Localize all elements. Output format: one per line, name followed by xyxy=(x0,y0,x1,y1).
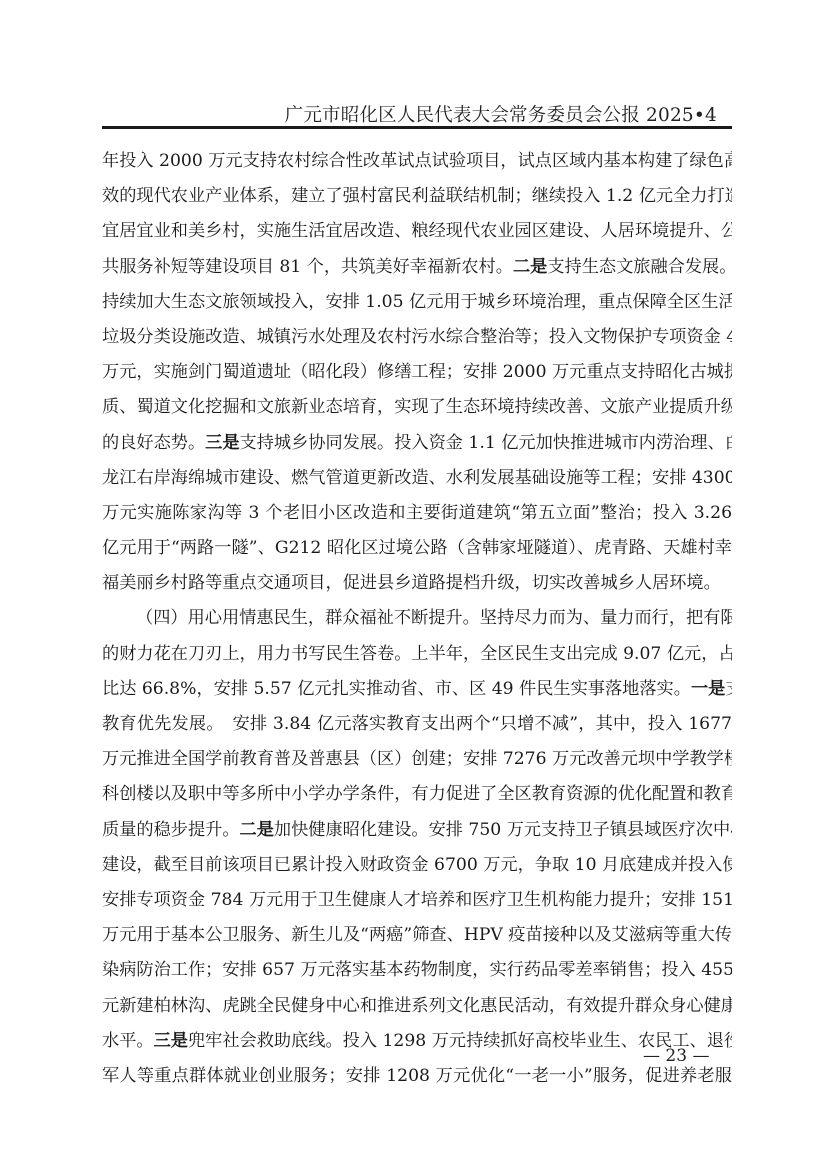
text-segment: 共服务补短等建设项目 81 个，共筑美好幸福新农村。 xyxy=(102,257,513,277)
text-line: 亿元用于“两路一隧”、G212 昭化区过境公路（含韩家垭隧道）、虎青路、天雄村幸 xyxy=(102,531,732,566)
text-segment: 万元，实施剑门蜀道遗址（昭化段）修缮工程；安排 2000 万元重点支持昭化古城提 xyxy=(102,362,732,382)
text-line: 宜居宜业和美乡村，实施生活宜居改造、粮经现代农业园区建设、人居环境提升、公 xyxy=(102,214,732,249)
text-segment: 福美丽乡村路等重点交通项目，促进县乡道路提档升级，切实改善城乡人居环境。 xyxy=(102,573,721,593)
text-line: 安排专项资金 784 万元用于卫生健康人才培养和医疗卫生机构能力提升；安排 15… xyxy=(102,883,732,918)
text-segment: 质、蜀道文化挖掘和文旅新业态培育，实现了生态环境持续改善、文旅产业提质升级 xyxy=(102,397,732,417)
text-segment: 万元实施陈家沟等 3 个老旧小区改造和主要街道建筑“第五立面”整治；投入 3.2… xyxy=(102,503,732,523)
text-line: 万元，实施剑门蜀道遗址（昭化段）修缮工程；安排 2000 万元重点支持昭化古城提 xyxy=(102,355,732,390)
text-segment: 元新建柏林沟、虎跳全民健身中心和推进系列文化惠民活动，有效提升群众身心健康 xyxy=(102,996,732,1016)
text-segment: 比达 66.8%，安排 5.57 亿元扎实推动省、市、区 49 件民生实事落地落… xyxy=(102,679,691,699)
text-line: 科创楼以及职中等多所中小学办学条件，有力促进了全区教育资源的优化配置和教育 xyxy=(102,777,732,812)
text-line: 质量的稳步提升。二是加快健康昭化建设。安排 750 万元支持卫子镇县域医疗次中心 xyxy=(102,813,732,848)
text-line: 元新建柏林沟、虎跳全民健身中心和推进系列文化惠民活动，有效提升群众身心健康 xyxy=(102,989,732,1024)
text-line: 的财力花在刀刃上，用力书写民生答卷。上半年，全区民生支出完成 9.07 亿元，占 xyxy=(102,637,732,672)
text-line: 比达 66.8%，安排 5.57 亿元扎实推动省、市、区 49 件民生实事落地落… xyxy=(102,672,732,707)
text-line: 质、蜀道文化挖掘和文旅新业态培育，实现了生态环境持续改善、文旅产业提质升级 xyxy=(102,390,732,425)
text-segment: 水平。 xyxy=(102,1031,154,1051)
text-segment: 支持城乡协同发展。投入资金 1.1 亿元加快推进城市内涝治理、白 xyxy=(240,433,732,453)
body-text: 年投入 2000 万元支持农村综合性改革试点试验项目，试点区域内基本构建了绿色高… xyxy=(102,144,732,1094)
text-line: 建设，截至目前该项目已累计投入财政资金 6700 万元，争取 10 月底建成并投… xyxy=(102,848,732,883)
text-line: 的良好态势。三是支持城乡协同发展。投入资金 1.1 亿元加快推进城市内涝治理、白 xyxy=(102,426,732,461)
text-line: 军人等重点群体就业创业服务；安排 1208 万元优化“一老一小”服务，促进养老服 xyxy=(102,1059,732,1094)
text-segment: 效的现代农业产业体系，建立了强村富民利益联结机制；继续投入 1.2 亿元全力打造 xyxy=(102,186,732,206)
text-segment: 持续加大生态文旅领域投入，安排 1.05 亿元用于城乡环境治理，重点保障全区生活 xyxy=(102,292,732,312)
text-line: 万元实施陈家沟等 3 个老旧小区改造和主要街道建筑“第五立面”整治；投入 3.2… xyxy=(102,496,732,531)
document-page: 广元市昭化区人民代表大会常务委员会公报 2025•4 年投入 2000 万元支持… xyxy=(0,0,827,1170)
text-segment: 加快健康昭化建设。安排 750 万元支持卫子镇县域医疗次中心 xyxy=(274,820,732,840)
text-segment: 万元用于基本公卫服务、新生儿及“两癌”筛查、HPV 疫苗接种以及艾滋病等重大传 xyxy=(102,925,732,945)
text-line: 垃圾分类设施改造、城镇污水处理及农村污水综合整治等；投入文物保护专项资金 487 xyxy=(102,320,732,355)
text-segment: 教育优先发展。 安排 3.84 亿元落实教育支出两个“只增不减”，其中，投入 1… xyxy=(102,714,732,734)
text-segment: 科创楼以及职中等多所中小学办学条件，有力促进了全区教育资源的优化配置和教育 xyxy=(102,784,732,804)
text-segment: 万元推进全国学前教育普及普惠县（区）创建；安排 7276 万元改善元坝中学教学楼… xyxy=(102,749,732,769)
text-line: 万元推进全国学前教育普及普惠县（区）创建；安排 7276 万元改善元坝中学教学楼… xyxy=(102,742,732,777)
text-segment: 建设，截至目前该项目已累计投入财政资金 6700 万元，争取 10 月底建成并投… xyxy=(102,855,732,875)
header-rule xyxy=(102,126,732,129)
text-segment: 龙江右岸海绵城市建设、燃气管道更新改造、水利发展基础设施等工程；安排 4300 xyxy=(102,468,732,488)
text-line: 共服务补短等建设项目 81 个，共筑美好幸福新农村。二是支持生态文旅融合发展。 xyxy=(102,250,732,285)
page-number: — 23 — xyxy=(643,1046,709,1066)
text-line: 水平。三是兜牢社会救助底线。投入 1298 万元持续抓好高校毕业生、农民工、退役 xyxy=(102,1024,732,1059)
emphasis-label: 三是 xyxy=(154,1031,188,1051)
text-line: 年投入 2000 万元支持农村综合性改革试点试验项目，试点区域内基本构建了绿色高 xyxy=(102,144,732,179)
text-segment: 染病防治工作；安排 657 万元落实基本药物制度，实行药品零差率销售；投入 45… xyxy=(102,960,732,980)
text-segment: 支持 xyxy=(725,679,732,699)
text-segment: 质量的稳步提升。 xyxy=(102,820,240,840)
emphasis-label: 二是 xyxy=(240,820,274,840)
text-line: 万元用于基本公卫服务、新生儿及“两癌”筛查、HPV 疫苗接种以及艾滋病等重大传 xyxy=(102,918,732,953)
text-line: 福美丽乡村路等重点交通项目，促进县乡道路提档升级，切实改善城乡人居环境。 xyxy=(102,566,732,601)
section-heading: （四）用心用情惠民生，群众福祉不断提升。 xyxy=(136,608,480,628)
text-line: 教育优先发展。 安排 3.84 亿元落实教育支出两个“只增不减”，其中，投入 1… xyxy=(102,707,732,742)
text-line: 龙江右岸海绵城市建设、燃气管道更新改造、水利发展基础设施等工程；安排 4300 xyxy=(102,461,732,496)
text-segment: 的财力花在刀刃上，用力书写民生答卷。上半年，全区民生支出完成 9.07 亿元，占 xyxy=(102,644,732,664)
text-line: （四）用心用情惠民生，群众福祉不断提升。坚持尽力而为、量力而行，把有限 xyxy=(102,601,732,636)
text-segment: 亿元用于“两路一隧”、G212 昭化区过境公路（含韩家垭隧道）、虎青路、天雄村幸 xyxy=(102,538,732,558)
text-segment: 军人等重点群体就业创业服务；安排 1208 万元优化“一老一小”服务，促进养老服 xyxy=(102,1066,732,1086)
text-segment: 宜居宜业和美乡村，实施生活宜居改造、粮经现代农业园区建设、人居环境提升、公 xyxy=(102,221,732,241)
text-segment: 的良好态势。 xyxy=(102,433,205,453)
text-segment: 支持生态文旅融合发展。 xyxy=(547,257,732,277)
text-segment: 坚持尽力而为、量力而行，把有限 xyxy=(480,608,732,628)
text-segment: 安排专项资金 784 万元用于卫生健康人才培养和医疗卫生机构能力提升；安排 15… xyxy=(102,890,732,910)
text-segment: 垃圾分类设施改造、城镇污水处理及农村污水综合整治等；投入文物保护专项资金 487 xyxy=(102,327,732,347)
text-line: 染病防治工作；安排 657 万元落实基本药物制度，实行药品零差率销售；投入 45… xyxy=(102,953,732,988)
emphasis-label: 二是 xyxy=(513,257,547,277)
text-line: 效的现代农业产业体系，建立了强村富民利益联结机制；继续投入 1.2 亿元全力打造 xyxy=(102,179,732,214)
emphasis-label: 一是 xyxy=(691,679,725,699)
text-line: 持续加大生态文旅领域投入，安排 1.05 亿元用于城乡环境治理，重点保障全区生活 xyxy=(102,285,732,320)
running-header: 广元市昭化区人民代表大会常务委员会公报 2025•4 xyxy=(285,101,717,127)
text-segment: 年投入 2000 万元支持农村综合性改革试点试验项目，试点区域内基本构建了绿色高 xyxy=(102,151,732,171)
emphasis-label: 三是 xyxy=(205,433,239,453)
